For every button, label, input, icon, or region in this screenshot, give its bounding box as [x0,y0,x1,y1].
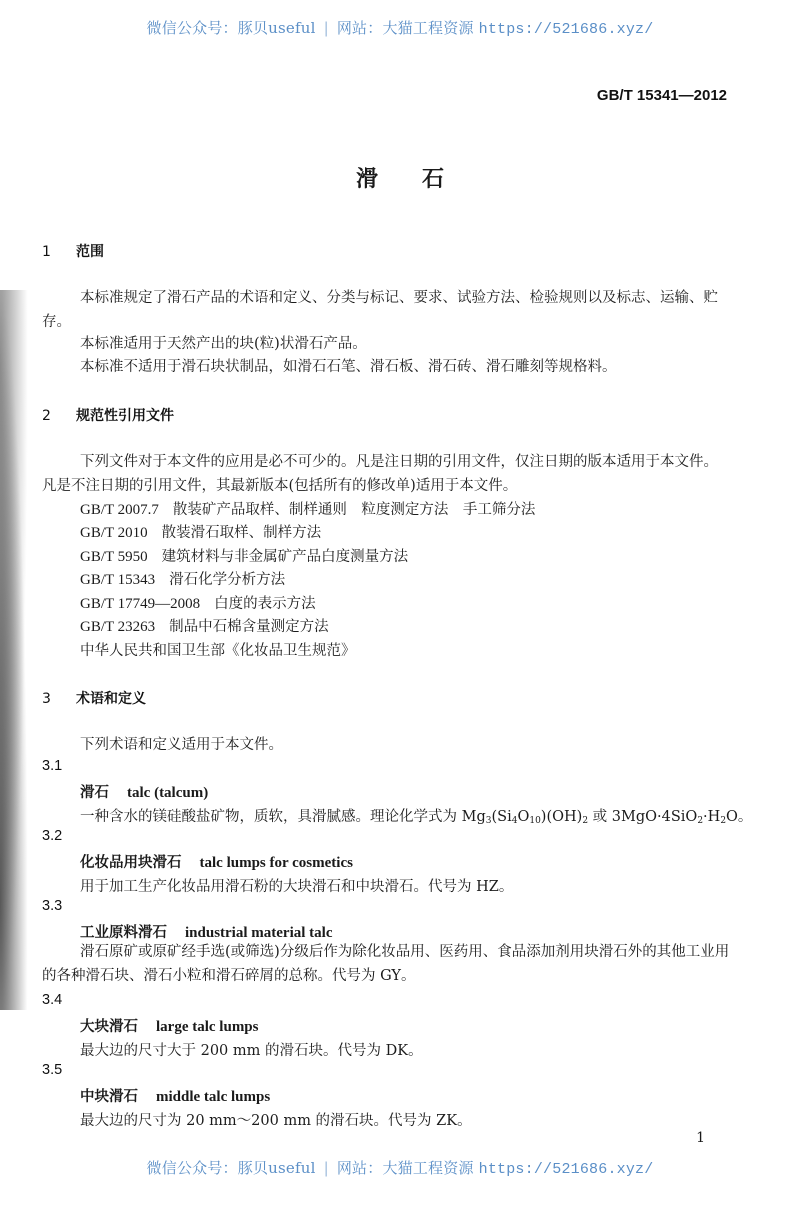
reference-item: GB/T 5950建筑材料与非金属矿产品白度测量方法 [80,545,408,566]
section-heading-references: 2规范性引用文件 [42,405,174,425]
reference-item: GB/T 23263制品中石棉含量测定方法 [80,615,329,636]
reference-item: GB/T 2010散装滑石取样、制样方法 [80,521,321,542]
watermark-site: 网站：大猫工程资源 [337,1159,474,1177]
watermark-wechat: 微信公众号：豚贝useful [147,1159,316,1177]
clause-number: 3.5 [42,1062,62,1078]
term-definition: 滑石原矿或原矿经手选(或筛选)分级后作为除化妆品用、医药用、食品添加剂用块滑石外… [42,941,732,988]
scope-paragraph-2: 本标准适用于天然产出的块(粒)状滑石产品。 [42,333,732,357]
page-number: 1 [696,1130,705,1146]
clause-number: 3.1 [42,758,62,774]
term-title: 工业原料滑石industrial material talc [80,921,332,942]
reference-item: GB/T 15343滑石化学分析方法 [80,568,285,589]
scope-paragraph-1: 本标准规定了滑石产品的术语和定义、分类与标记、要求、试验方法、检验规则以及标志、… [42,287,732,334]
terms-intro: 下列术语和定义适用于本文件。 [42,734,732,758]
watermark-top: 微信公众号：豚贝useful|网站：大猫工程资源 https://521686.… [0,17,800,38]
standard-number: GB/T 15341—2012 [597,87,727,104]
watermark-url[interactable]: https://521686.xyz/ [479,1161,654,1178]
clause-number: 3.3 [42,898,62,914]
section-number: 1 [42,244,76,260]
section-number: 2 [42,408,76,424]
reference-item: 中华人民共和国卫生部《化妆品卫生规范》 [80,639,356,660]
term-title: 大块滑石large talc lumps [80,1015,259,1036]
term-definition: 用于加工生产化妆品用滑石粉的大块滑石和中块滑石。代号为 HZ。 [80,875,513,896]
term-definition: 一种含水的镁硅酸盐矿物，质软，具滑腻感。理论化学式为 Mg3(Si4O10)(O… [80,805,752,826]
watermark-separator: | [324,19,329,37]
document-title: 滑石 [0,162,800,193]
term-title: 中块滑石middle talc lumps [80,1085,270,1106]
watermark-bottom: 微信公众号：豚贝useful|网站：大猫工程资源 https://521686.… [0,1157,800,1178]
term-definition: 最大边的尺寸为 20 mm～200 mm 的滑石块。代号为 ZK。 [80,1109,472,1130]
watermark-site: 网站：大猫工程资源 [337,19,474,37]
section-title: 术语和定义 [76,691,146,707]
chemical-formula: Mg3(Si4O10)(OH)2 或 3MgO·4SiO2·H2O。 [462,809,753,825]
section-number: 3 [42,691,76,707]
term-definition: 最大边的尺寸大于 200 mm 的滑石块。代号为 DK。 [80,1039,423,1060]
reference-item: GB/T 2007.7散装矿产品取样、制样通则 粒度测定方法 手工筛分法 [80,498,535,519]
references-intro: 下列文件对于本文件的应用是必不可少的。凡是注日期的引用文件，仅注日期的版本适用于… [42,451,732,498]
term-title: 化妆品用块滑石talc lumps for cosmetics [80,851,353,872]
term-title: 滑石talc (talcum) [80,781,208,802]
scope-paragraph-3: 本标准不适用于滑石块状制品，如滑石石笔、滑石板、滑石砖、滑石雕刻等规格料。 [42,356,732,380]
scan-shadow [0,290,28,1010]
watermark-separator: | [324,1159,329,1177]
watermark-wechat: 微信公众号：豚贝useful [147,19,316,37]
watermark-url[interactable]: https://521686.xyz/ [479,21,654,38]
section-title: 范围 [76,244,104,260]
section-heading-scope: 1范围 [42,241,104,261]
reference-item: GB/T 17749—2008白度的表示方法 [80,592,316,613]
section-title: 规范性引用文件 [76,408,174,424]
section-heading-terms: 3术语和定义 [42,688,146,708]
clause-number: 3.4 [42,992,62,1008]
clause-number: 3.2 [42,828,62,844]
